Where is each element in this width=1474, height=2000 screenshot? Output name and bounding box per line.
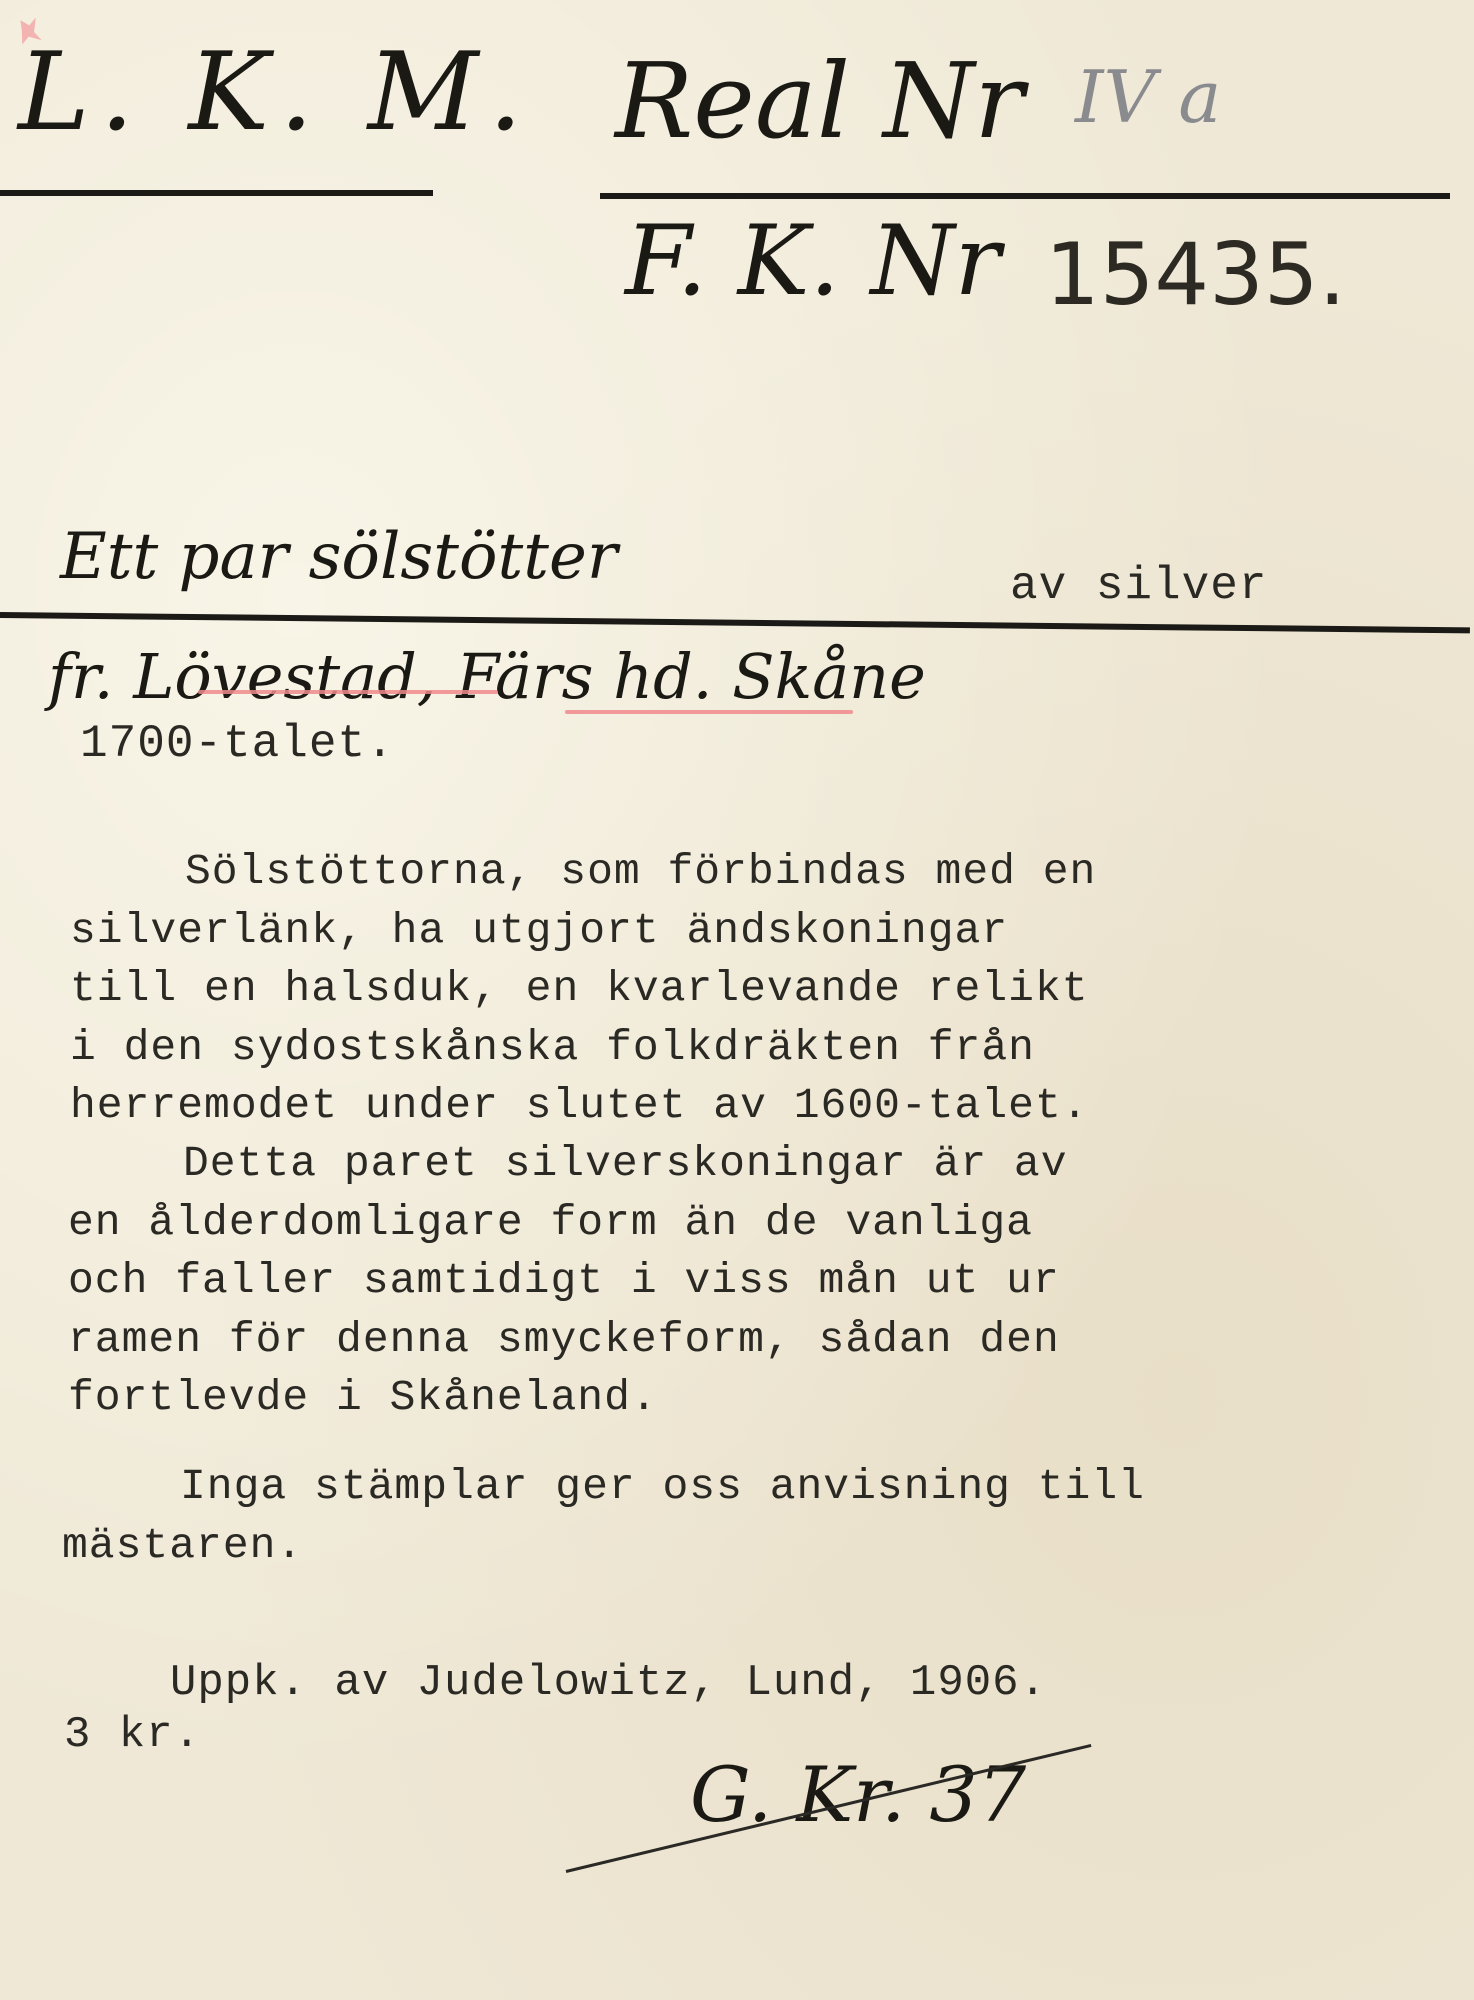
text-line: till en halsduk, en kvarlevande relikt bbox=[70, 960, 1096, 1019]
text-line: herremodet under slutet av 1600-talet. bbox=[70, 1077, 1096, 1136]
description-paragraph-3: Inga stämplar ger oss anvisning till mäs… bbox=[62, 1458, 1145, 1575]
acquisition-line: Uppk. av Judelowitz, Lund, 1906. bbox=[170, 1658, 1047, 1708]
text-line: Sölstöttorna, som förbindas med en bbox=[70, 843, 1096, 902]
signature: G. Kr. 37 bbox=[690, 1750, 1026, 1839]
text-line: mästaren. bbox=[62, 1517, 1145, 1576]
text-line: ramen för denna smyckeform, sådan den bbox=[68, 1311, 1068, 1370]
fk-nr-label: F. K. Nr bbox=[625, 205, 1000, 317]
real-nr-label: Real Nr bbox=[615, 40, 1024, 162]
real-nr-underline bbox=[600, 193, 1450, 199]
description-paragraph-2: Detta paret silverskoningar är av en åld… bbox=[68, 1135, 1068, 1428]
object-title-handwritten: Ett par sölstötter bbox=[60, 520, 617, 594]
object-title-typed: av silver bbox=[1010, 560, 1267, 612]
fk-nr-value: 15435. bbox=[1045, 225, 1346, 325]
red-underline-fars bbox=[565, 710, 853, 714]
catalog-card: L. K. M. Real Nr IV a F. K. Nr 15435. Et… bbox=[0, 0, 1474, 2000]
dating: 1700-talet. bbox=[80, 718, 395, 770]
provenance-handwritten: fr. Lövestad, Färs hd. Skåne bbox=[48, 640, 926, 713]
description-paragraph-1: Sölstöttorna, som förbindas med en silve… bbox=[70, 843, 1096, 1136]
text-line: en ålderdomligare form än de vanliga bbox=[68, 1194, 1068, 1253]
real-nr-value: IV a bbox=[1075, 55, 1221, 139]
text-line: och faller samtidigt i viss mån ut ur bbox=[68, 1252, 1068, 1311]
red-underline-lovestad bbox=[198, 690, 498, 694]
acquisition-price: 3 kr. bbox=[64, 1710, 201, 1760]
text-line: i den sydostskånska folkdräkten från bbox=[70, 1019, 1096, 1078]
collection-abbrev: L. K. M. bbox=[18, 30, 533, 155]
text-line: silverlänk, ha utgjort ändskoningar bbox=[70, 902, 1096, 961]
text-line: Detta paret silverskoningar är av bbox=[68, 1135, 1068, 1194]
title-underline bbox=[0, 612, 1470, 633]
collection-underline bbox=[0, 190, 433, 196]
text-line: fortlevde i Skåneland. bbox=[68, 1369, 1068, 1428]
text-line: Inga stämplar ger oss anvisning till bbox=[62, 1458, 1145, 1517]
